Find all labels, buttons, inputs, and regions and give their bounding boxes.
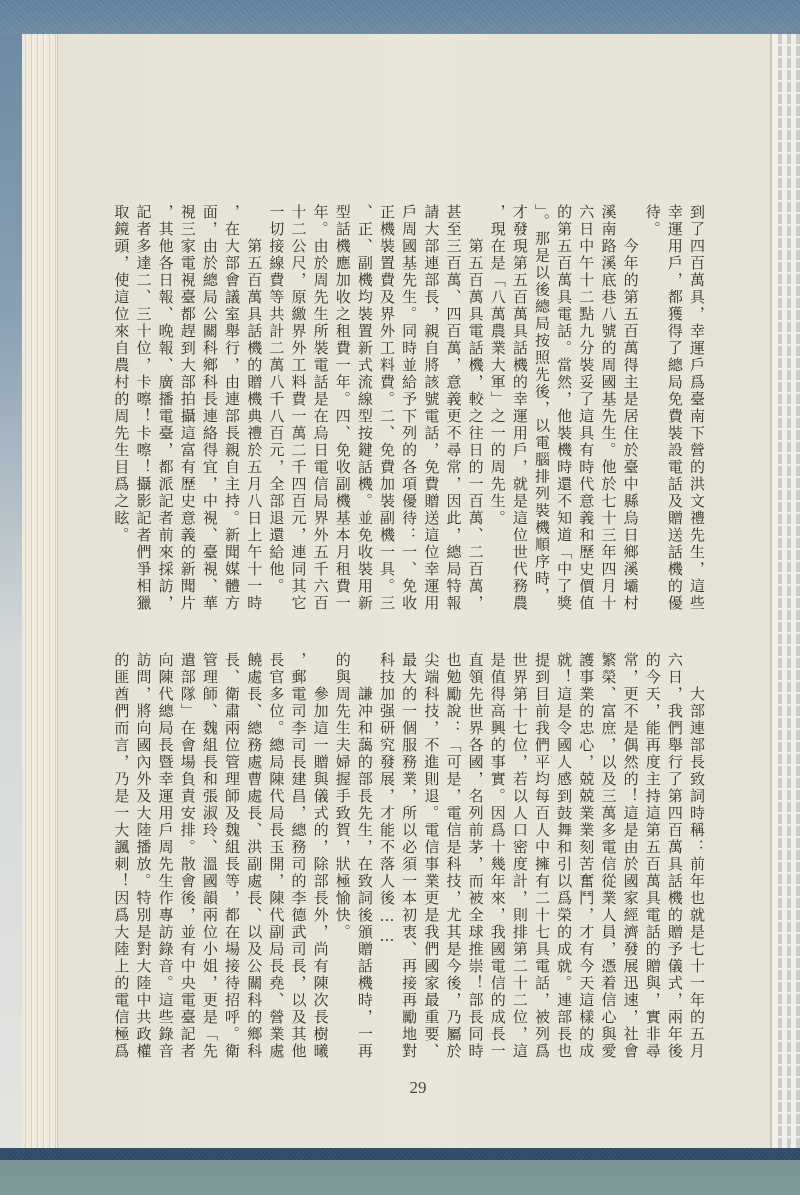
text-column: 護事業的忠心，兢兢業業刻苦奮鬥，才有今天這樣的成 (575, 652, 597, 1062)
text-column: 長官多位。總局陳代局長玉開，陳代副局長堯、營業處 (265, 652, 287, 1062)
text-column: 科技加强研究發展，才能不落人後…… (376, 652, 398, 1062)
text-column-paragraph-start: 第五百萬具電話機，較之往日的一百萬、二百萬， (464, 204, 486, 614)
text-column: 取鏡頭，使這位來自農村的周先生目爲之眩。 (110, 204, 132, 614)
text-column: 甚至三百萬、四百萬，意義更不尋常，因此，總局特報 (442, 204, 464, 614)
text-column: 長、衛肅兩位管理師及魏組長等，都在場接待招呼。衛 (221, 652, 243, 1062)
text-column: 六日，我們舉行了第四百萬具話機的贈予儀式，兩年後 (664, 652, 686, 1062)
text-column: 」。那是以後總局按照先後，以電腦排列裝機順序時， (531, 204, 553, 614)
text-column: 尖端科技，不進則退。電信事業更是我們國家最重要、 (420, 652, 442, 1062)
text-column: 提到目前我們平均每百人中擁有二十七具電話，被列爲 (531, 652, 553, 1062)
text-column: 是值得高興的事實。因爲十幾年來，我國電信的成長一 (487, 652, 509, 1062)
text-column: ，其他各日報、晚報、廣播電臺，都派記者前來採訪， (154, 204, 176, 614)
next-page-bleed-text (776, 34, 800, 1148)
text-column: 訪問，將向國內外及大陸播放。特別是對大陸中共政權 (132, 652, 154, 1062)
text-column: 正機裝置費及界外工料費。二、免費加裝副機一具。三 (376, 204, 398, 614)
text-column: 也勉勵說：「可是，電信是科技，尤其是今後，乃屬於 (442, 652, 464, 1062)
page-stack-edges (22, 34, 58, 1148)
text-column: 待。 (642, 204, 664, 614)
lower-text-block: 大部連部長致詞時稱：前年也就是七十一年的五月 六日，我們舉行了第四百萬具話機的贈… (110, 652, 708, 1062)
upper-text-block: 到了四百萬具，幸運戶爲臺南下營的洪文禮先生，這些 幸運用戶，都獲得了總局免費裝設… (110, 204, 708, 614)
text-column-paragraph-start: 參加這一贈與儀式的，除部長外，尚有陳次長樹曦 (309, 652, 331, 1062)
text-column-paragraph-start: 大部連部長致詞時稱：前年也就是七十一年的五月 (686, 652, 708, 1062)
text-column: 溪南路溪底巷八號的周國基先生。他於七十三年四月十 (597, 204, 619, 614)
text-column: 常，更不是偶然的！這是由於國家經濟發展迅速，社會 (619, 652, 641, 1062)
text-column: 一切接線費等共計二萬八千八百元，全部退還給他。 (265, 204, 287, 614)
text-column: 繁榮、富庶，以及三萬多電信從業人員，憑着信心與愛 (597, 652, 619, 1062)
text-column: 十二公尺，原繳界外工料費一萬二千四百元，連同其它 (287, 204, 309, 614)
next-page-edge (770, 34, 800, 1148)
text-column-paragraph-start: 第五百萬具話機的贈機典禮於五月八日上午十一時 (243, 204, 265, 614)
text-column: 直領先世界各國，名列前茅，而被全球推崇！部長同時 (464, 652, 486, 1062)
text-column: 饒處長、總務處曹處長、洪副處長、以及公關科的鄉科 (243, 652, 265, 1062)
text-column: 的匪酋們而言，乃是一大諷刺！因爲大陸上的電信極爲 (110, 652, 132, 1062)
book-cover-top (0, 0, 800, 34)
text-column: 面，由於總局公關科鄉科長連絡得宜，中視、臺視、華 (199, 204, 221, 614)
text-column: ，在大部會議室舉行，由連部長親自主持。新聞媒體方 (221, 204, 243, 614)
scan-background (0, 1160, 800, 1195)
text-column: 遣部隊」在會場負責安排。散會後，並有中央電臺記者 (177, 652, 199, 1062)
text-column: 戶周國基先生。同時並給予下列的各項優待：一、免收 (398, 204, 420, 614)
book-cover-bottom (0, 1148, 800, 1160)
text-column: 視三家電視臺都趕到大部拍攝這富有歷史意義的新聞片 (177, 204, 199, 614)
text-column: 型話機應加收之租費一年。四、免收副機基本月租費一 (332, 204, 354, 614)
text-column: 六日中午十二點九分裝妥了這具有時代意義和歷史價值 (575, 204, 597, 614)
text-column: ，現在是「八萬農業大軍」之一的周先生。 (487, 204, 509, 614)
text-column: 就！這是令國人感到鼓舞和引以爲榮的成就。連部長也 (553, 652, 575, 1062)
text-column: 世界第十七位，若以人口密度計，則排第二十二位，這 (509, 652, 531, 1062)
text-column: 才發現第五百萬具話機的幸運用戶，就是這位世代務農 (509, 204, 531, 614)
text-column: 幸運用戶，都獲得了總局免費裝設電話及贈送話機的優 (664, 204, 686, 614)
text-column: 最大的一個服務業，所以必須一本初衷、再接再勵地對 (398, 652, 420, 1062)
text-column: 的第五百萬具電話。當然，他裝機時還不知道「中了獎 (553, 204, 575, 614)
book-cover-left (0, 34, 22, 1148)
text-column: 請大部連部長，親自將該號電話，免費贈送這位幸運用 (420, 204, 442, 614)
text-column: 管理師、魏組長和張淑玲、溫國韻兩位小姐，更是「先 (199, 652, 221, 1062)
text-column: 、正、副機均裝置新式流線型按鍵話機。並免收裝用新 (354, 204, 376, 614)
text-column: 年。由於周先生所裝電話是在烏日電信局界外五千六百 (309, 204, 331, 614)
text-column: ，郵電司李司長建昌，總務司的李德武司長，以及其他 (287, 652, 309, 1062)
text-column-paragraph-start: 今年的第五百萬得主是居住於臺中縣烏日鄉溪壩村 (619, 204, 641, 614)
text-column-paragraph-start: 謙冲和藹的部長先生，在致詞後頒贈話機時，一再 (354, 652, 376, 1062)
text-column: 的與周先生夫婦握手致賀，狀極愉快。 (332, 652, 354, 1062)
page-number: 29 (398, 1078, 438, 1098)
text-column: 記者多達二、三十位，卡嚓！卡嚓！攝影記者們爭相獵 (132, 204, 154, 614)
text-column: 向陳代總局長暨幸運用戶周先生作專訪錄音。這些錄音 (154, 652, 176, 1062)
text-column: 到了四百萬具，幸運戶爲臺南下營的洪文禮先生，這些 (686, 204, 708, 614)
text-column: 的今天，能再度主持這第五百萬具電話的贈與，實非尋 (642, 652, 664, 1062)
